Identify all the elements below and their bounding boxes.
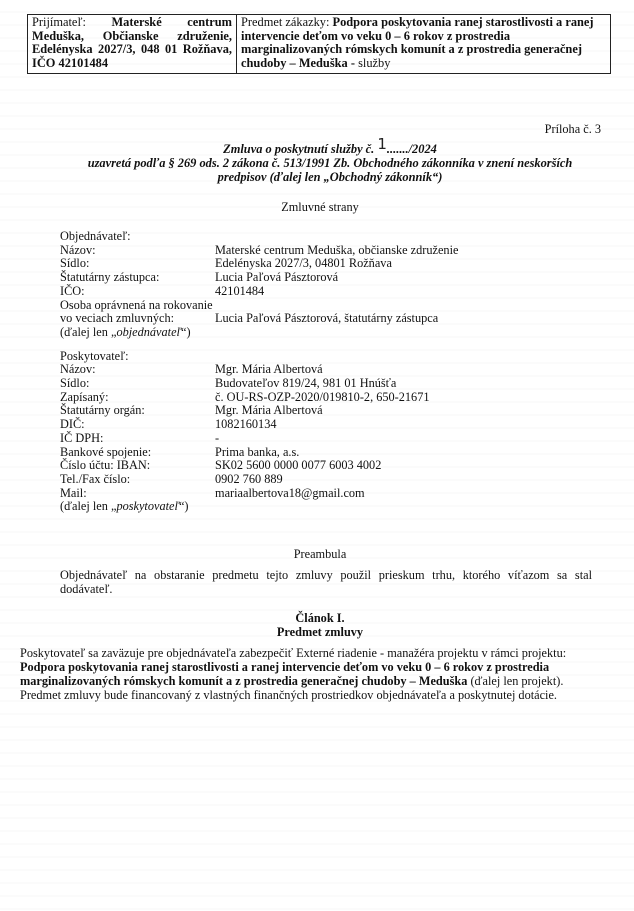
field-row: Zapísaný:č. OU-RS-OZP-2020/019810-2, 650… — [60, 391, 580, 405]
recipient-label: Prijímateľ: — [32, 15, 86, 29]
subject-tail: služby — [358, 56, 390, 70]
field-label: Mail: — [60, 487, 215, 501]
field-label: vo veciach zmluvných: — [60, 312, 215, 326]
field-row: Štatutárny zástupca:Lucia Paľová Pásztor… — [60, 271, 580, 285]
alias-name: objednávateľ — [116, 325, 181, 339]
provider-fields: Názov:Mgr. Mária AlbertováSídlo:Budovate… — [60, 363, 580, 500]
field-row: Číslo účtu: IBAN:SK02 5600 0000 0077 600… — [60, 459, 580, 473]
alias-prefix: (ďalej len „ — [60, 499, 116, 513]
field-label: DIČ: — [60, 418, 215, 432]
field-value: mariaalbertova18@gmail.com — [215, 487, 580, 501]
field-value: Mgr. Mária Albertová — [215, 404, 580, 418]
provider-heading: Poskytovateľ: — [60, 350, 580, 364]
contract-subtitle-line1: uzavretá podľa § 269 ods. 2 zákona č. 51… — [60, 156, 600, 170]
field-label: IČO: — [60, 285, 215, 299]
field-row: Štatutárny orgán:Mgr. Mária Albertová — [60, 404, 580, 418]
field-label: Sídlo: — [60, 257, 215, 271]
field-value — [215, 299, 580, 313]
field-value: č. OU-RS-OZP-2020/019810-2, 650-21671 — [215, 391, 580, 405]
field-value: Budovateľov 819/24, 981 01 Hnúšťa — [215, 377, 580, 391]
field-label: Štatutárny orgán: — [60, 404, 215, 418]
parties-heading: Zmluvné strany — [60, 200, 580, 215]
field-label: Názov: — [60, 363, 215, 377]
provider-alias: (ďalej len „poskytovateľ“) — [60, 500, 580, 514]
field-label: Bankové spojenie: — [60, 446, 215, 460]
field-label: Názov: — [60, 244, 215, 258]
orderer-alias: (ďalej len „objednávateľ“) — [60, 326, 580, 340]
field-label: Štatutárny zástupca: — [60, 271, 215, 285]
subject-cell: Predmet zákazky: Podpora poskytovania ra… — [237, 15, 611, 74]
contract-subtitle-line2: predpisov (ďalej len „Obchodný zákonník“… — [60, 170, 600, 184]
field-row: IČO:42101484 — [60, 285, 580, 299]
field-row: Osoba oprávnená na rokovanie — [60, 299, 580, 313]
article-text: Poskytovateľ sa zaväzuje pre objednávate… — [20, 646, 598, 702]
alias-suffix: “) — [181, 325, 191, 339]
annex-number: Príloha č. 3 — [545, 122, 601, 137]
field-label: IČ DPH: — [60, 432, 215, 446]
contract-title: Zmluva o poskytnutí služby č. 1......./2… — [60, 141, 600, 156]
field-label: Osoba oprávnená na rokovanie — [60, 299, 215, 313]
field-row: Názov:Mgr. Mária Albertová — [60, 363, 580, 377]
preamble-body: Objednávateľ na obstaranie predmetu tejt… — [60, 568, 592, 596]
field-value: 0902 760 889 — [215, 473, 580, 487]
field-row: Bankové spojenie:Prima banka, a.s. — [60, 446, 580, 460]
article-title: Predmet zmluvy — [60, 625, 580, 640]
field-row: Tel./Fax číslo:0902 760 889 — [60, 473, 580, 487]
field-label: Sídlo: — [60, 377, 215, 391]
field-value: SK02 5600 0000 0077 6003 4002 — [215, 459, 580, 473]
field-value: Mgr. Mária Albertová — [215, 363, 580, 377]
field-row: DIČ:1082160134 — [60, 418, 580, 432]
recipient-cell: Prijímateľ: Materské centrum Meduška, Ob… — [28, 15, 237, 74]
subject-label: Predmet zákazky: — [241, 15, 329, 29]
preamble-heading: Preambula — [60, 547, 580, 562]
field-label: Číslo účtu: IBAN: — [60, 459, 215, 473]
field-row: Mail:mariaalbertova18@gmail.com — [60, 487, 580, 501]
field-value: Lucia Paľová Pásztorová, štatutárny zást… — [215, 312, 580, 326]
field-row: vo veciach zmluvných:Lucia Paľová Pászto… — [60, 312, 580, 326]
field-row: Sídlo:Budovateľov 819/24, 981 01 Hnúšťa — [60, 377, 580, 391]
field-value: Materské centrum Meduška, občianske zdru… — [215, 244, 580, 258]
field-label: Tel./Fax číslo: — [60, 473, 215, 487]
field-row: Názov:Materské centrum Meduška, občiansk… — [60, 244, 580, 258]
field-value: Lucia Paľová Pásztorová — [215, 271, 580, 285]
alias-prefix: (ďalej len „ — [60, 325, 116, 339]
alias-suffix: “) — [179, 499, 189, 513]
header-table: Prijímateľ: Materské centrum Meduška, Ob… — [27, 14, 611, 74]
parties-block: Objednávateľ: Názov:Materské centrum Med… — [60, 230, 580, 514]
title-suffix: ......./2024 — [387, 142, 437, 156]
field-value: Edelényska 2027/3, 04801 Rožňava — [215, 257, 580, 271]
field-row: Sídlo:Edelényska 2027/3, 04801 Rožňava — [60, 257, 580, 271]
article-text-part1: Poskytovateľ sa zaväzuje pre objednávate… — [20, 646, 566, 660]
orderer-fields: Názov:Materské centrum Meduška, občiansk… — [60, 244, 580, 326]
field-value: - — [215, 432, 580, 446]
field-label: Zapísaný: — [60, 391, 215, 405]
field-value: Prima banka, a.s. — [215, 446, 580, 460]
field-value: 42101484 — [215, 285, 580, 299]
alias-name: poskytovateľ — [116, 499, 179, 513]
title-prefix: Zmluva o poskytnutí služby č. — [223, 142, 377, 156]
field-row: IČ DPH:- — [60, 432, 580, 446]
field-value: 1082160134 — [215, 418, 580, 432]
preamble-text: Objednávateľ na obstaranie predmetu tejt… — [60, 568, 592, 596]
handwritten-number: 1 — [377, 135, 387, 153]
orderer-heading: Objednávateľ: — [60, 230, 580, 244]
article-number: Článok I. — [60, 611, 580, 626]
